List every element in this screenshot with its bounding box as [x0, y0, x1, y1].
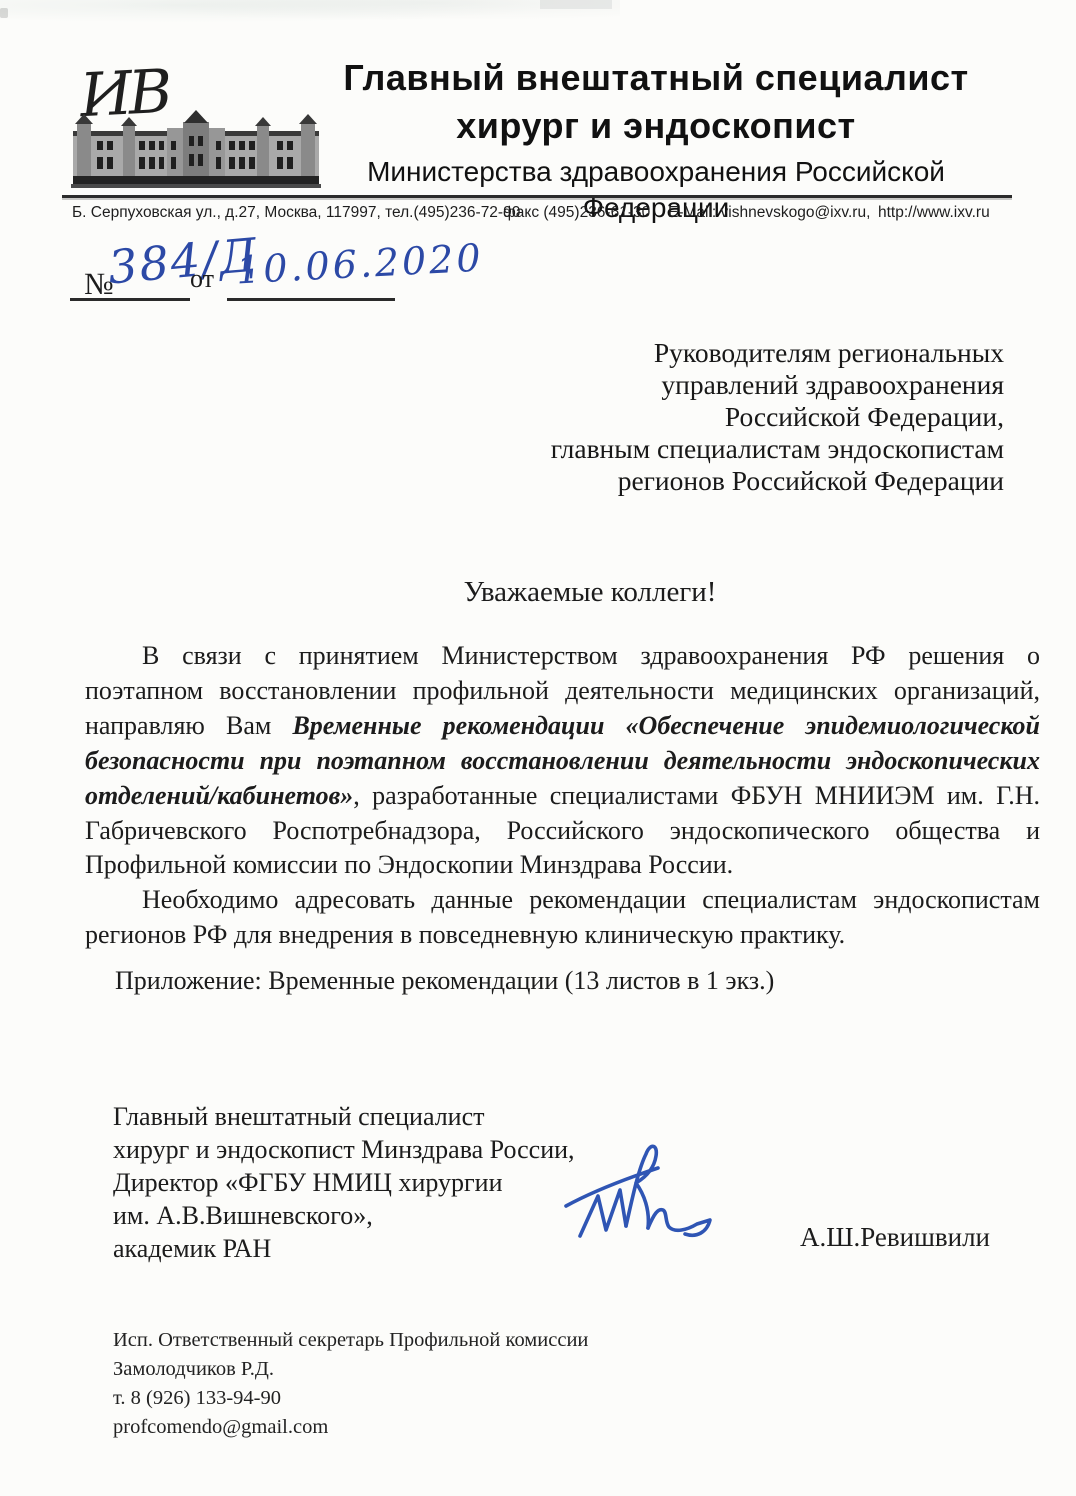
letterhead-divider	[62, 195, 1012, 198]
body-text: регионов РФ для внедрения в повседневную…	[85, 920, 845, 949]
text-line: т. 8 (926) 133-94-90	[113, 1384, 588, 1413]
letterhead-contacts: Б. Серпуховская ул., д.27, Москва, 11799…	[0, 204, 1076, 228]
contact-address-phone: Б. Серпуховская ул., д.27, Москва, 11799…	[72, 204, 520, 222]
scanned-letter-page: ИВ	[0, 0, 1076, 1496]
contact-website: http://www.ixv.ru	[878, 204, 990, 222]
attachment-line: Приложение: Временные рекомендации (13 л…	[115, 966, 774, 996]
letterhead-titles: Главный внештатный специалист хирург и э…	[322, 56, 990, 226]
ref-underline	[70, 298, 190, 301]
salutation: Уважаемые коллеги!	[104, 576, 1076, 609]
reference-line: № 384/Д от 10.06.2020	[84, 240, 444, 310]
text-line: регионов Российской Федерации	[551, 465, 1004, 497]
letterhead-title-line1: Главный внештатный специалист	[322, 56, 990, 100]
scan-smudge	[0, 8, 8, 18]
body-line: Необходимо адресовать данные рекомендаци…	[85, 883, 1040, 918]
institute-building-icon	[70, 110, 322, 190]
body-line: Габричевского Роспотребнадзора, Российск…	[85, 814, 1040, 849]
body-text: В связи с принятием Министерством здраво…	[142, 641, 1040, 670]
body-line: Профильной комиссии по Эндоскопии Минздр…	[85, 848, 1040, 883]
text-line: хирург и эндоскопист Минздрава России,	[113, 1133, 575, 1166]
text-line: Замолодчиков Р.Д.	[113, 1355, 588, 1384]
body-text: Габричевского Роспотребнадзора, Российск…	[85, 816, 1040, 845]
text-line: академик РАН	[113, 1232, 575, 1265]
contact-fax: факс (495)236-61-30	[503, 204, 650, 222]
body-line: безопасности при поэтапном восстановлени…	[85, 744, 1040, 779]
text-line: главным специалистам эндоскопистам	[551, 433, 1004, 465]
text-line: им. А.В.Вишневского»,	[113, 1199, 575, 1232]
text-line: Российской Федерации,	[551, 401, 1004, 433]
signoff-position-block: Главный внештатный специалистхирург и эн…	[113, 1100, 575, 1265]
contact-email: E-Mail: vishnevskogo@ixv.ru,	[668, 204, 870, 222]
text-line: Руководителям региональных	[551, 337, 1004, 369]
signer-name: А.Ш.Ревишвили	[800, 1222, 990, 1253]
body-text: Необходимо адресовать данные рекомендаци…	[142, 885, 1040, 914]
text-line: Директор «ФГБУ НМИЦ хирургии	[113, 1166, 575, 1199]
body-text: направляю Вам	[85, 711, 292, 740]
text-line: profcomendo@gmail.com	[113, 1413, 588, 1442]
scan-smudge	[0, 0, 620, 26]
emphasized-text: отделений/кабинетов»	[85, 781, 353, 810]
ref-from-label: от	[190, 264, 214, 294]
body-paragraphs: В связи с принятием Министерством здраво…	[85, 639, 1040, 953]
body-line: поэтапном восстановлении профильной деят…	[85, 674, 1040, 709]
signature-autograph-icon	[560, 1138, 720, 1250]
text-line: Исп. Ответственный секретарь Профильной …	[113, 1326, 588, 1355]
executor-block: Исп. Ответственный секретарь Профильной …	[113, 1326, 588, 1442]
body-line: В связи с принятием Министерством здраво…	[85, 639, 1040, 674]
body-text: Профильной комиссии по Эндоскопии Минздр…	[85, 850, 733, 879]
text-line: управлений здравоохранения	[551, 369, 1004, 401]
ref-underline	[227, 298, 395, 301]
emphasized-text: безопасности при поэтапном восстановлени…	[85, 746, 1040, 775]
body-text: , разработанные специалистами ФБУН МНИИЭ…	[353, 781, 1040, 810]
body-line: отделений/кабинетов», разработанные спец…	[85, 779, 1040, 814]
body-text: поэтапном восстановлении профильной деят…	[85, 676, 1040, 705]
addressee-block: Руководителям региональныхуправлений здр…	[551, 337, 1004, 497]
text-line: Главный внештатный специалист	[113, 1100, 575, 1133]
body-line: регионов РФ для внедрения в повседневную…	[85, 918, 1040, 953]
emphasized-text: Временные рекомендации «Обеспечение эпид…	[292, 711, 1040, 740]
letterhead-title-line2: хирург и эндоскопист	[322, 104, 990, 148]
body-line: направляю Вам Временные рекомендации «Об…	[85, 709, 1040, 744]
scan-smudge	[540, 0, 612, 9]
handwritten-date: 10.06.2020	[235, 236, 485, 293]
